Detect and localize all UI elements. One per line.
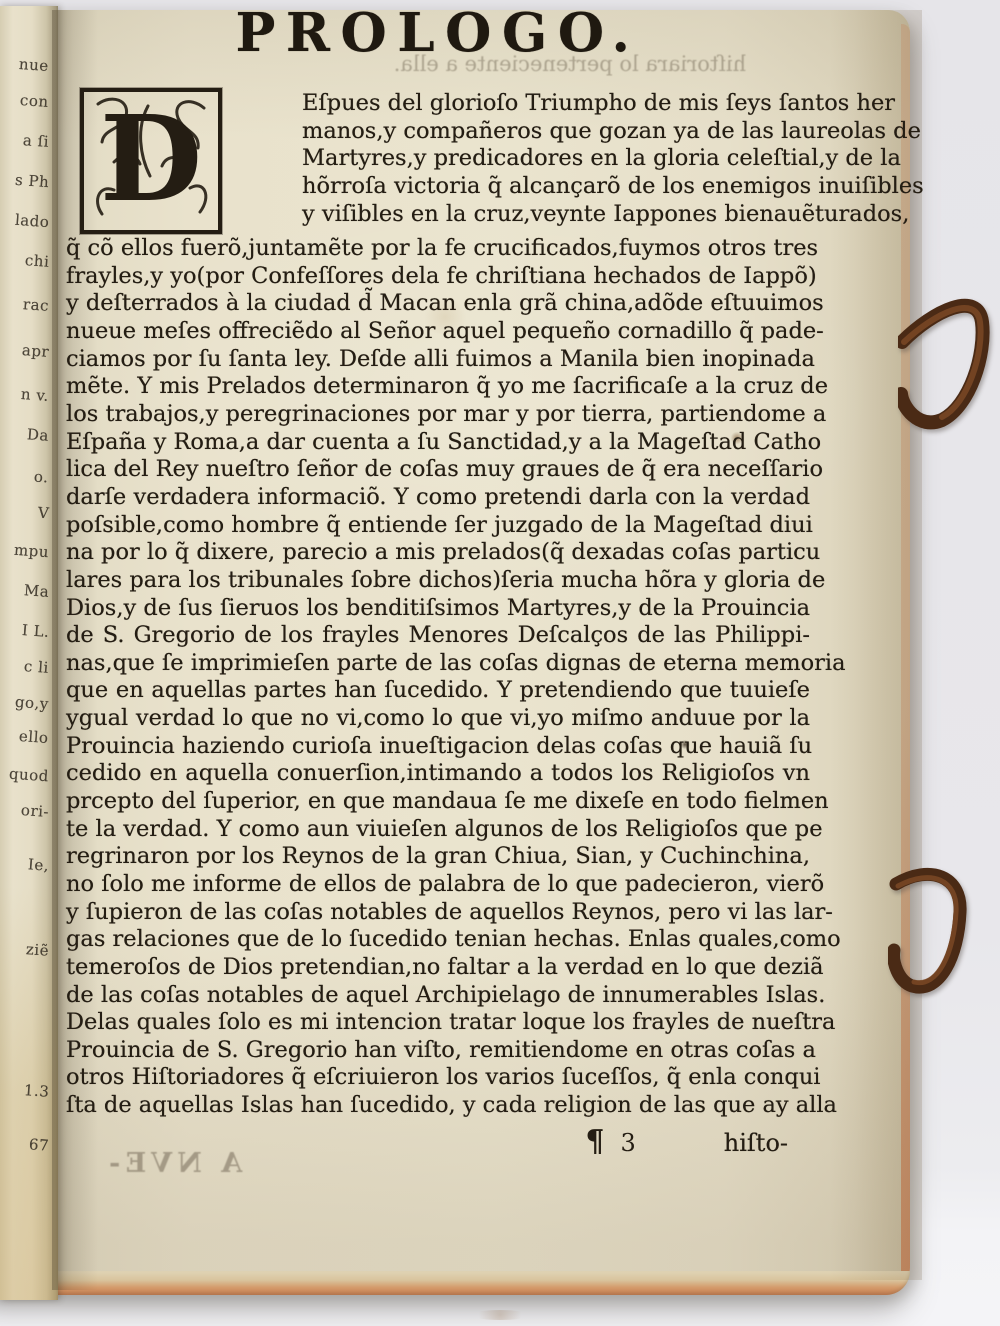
adjacent-page-text-fragment: 67	[28, 1135, 49, 1154]
adjacent-page-text-fragment: ello	[19, 727, 50, 747]
leather-tie-upper	[898, 284, 996, 442]
text-line: gas relaciones que de lo ſucedido tenian…	[66, 926, 810, 954]
text-line: te la verdad. Y como aun viuieſen alguno…	[66, 816, 810, 844]
adjacent-page-text-fragment: Ie,	[27, 855, 49, 874]
text-block: PROLOGO. D Eſpues del glorioſo Triumpho …	[66, 90, 810, 1158]
text-line: Eſpaña y Roma,a dar cuenta a ſu Sanctida…	[66, 429, 810, 457]
dropcap-letter: D	[84, 86, 218, 224]
quire-signature: ¶3	[585, 1124, 637, 1159]
adjacent-page-text-fragment: Ma	[23, 581, 50, 601]
text-line: los trabajos,y peregrinaciones por mar y…	[66, 401, 810, 429]
text-line: cedido en aquella conuerſion,intimando a…	[66, 760, 810, 788]
catchword: hiſto-	[724, 1129, 788, 1157]
page-title: PROLOGO.	[66, 2, 810, 64]
signature-number: 3	[621, 1129, 638, 1157]
paragraph-lines: q̃ cõ ellos fuerõ,juntamẽte por la fe cr…	[66, 235, 810, 1120]
adjacent-page-text-fragment: rac	[22, 295, 49, 315]
text-line: prcepto del ſuperior, en que mandaua ſe …	[66, 788, 810, 816]
adjacent-page-text-fragment: n v.	[20, 385, 49, 405]
text-line: Prouincia de S. Gregorio han viſto, remi…	[66, 1037, 810, 1065]
adjacent-page-text-fragment: I L.	[21, 621, 50, 641]
text-line: ſta de aquellas Islas han ſucedido, y ca…	[66, 1092, 810, 1120]
text-line: ciamos por ſu ſanta ley. Deſde alli fuim…	[66, 346, 810, 374]
adjacent-page-text-fragment: c li	[24, 657, 50, 677]
text-line: Delas quales ſolo es mi intencion tratar…	[66, 1009, 810, 1037]
adjacent-page-text-fragment: Da	[26, 425, 49, 444]
adjacent-page-text-fragment: ziẽ	[25, 940, 49, 960]
text-line: Dios,y de ſus ſieruos los benditiſsimos …	[66, 595, 810, 623]
text-line: Prouincia haziendo curioſa inueſtigacion…	[66, 733, 810, 761]
signature-line: ¶3 hiſto-	[66, 1124, 810, 1158]
adjacent-page-text-fragment: V	[37, 504, 50, 523]
text-line: y ſupieron de las coſas notables de aque…	[66, 899, 810, 927]
text-line: que en aquellas partes han ſucedido. Y p…	[66, 677, 810, 705]
text-line: ygual verdad lo que no vi,como lo que vi…	[66, 705, 810, 733]
adjacent-page-text-fragment: ori-	[20, 801, 49, 821]
text-line: na por lo q̃ dixere, parecio a mis prela…	[66, 539, 810, 567]
text-line: lares para los tribunales ſobre dichos)ſ…	[66, 567, 810, 595]
adjacent-page-text-fragment: o.	[34, 468, 50, 487]
adjacent-page-text-fragment: quod	[9, 765, 50, 786]
text-line: Eſpues del glorioſo Triumpho de mis ſeys…	[302, 90, 810, 118]
text-line: y deſterrados à la ciudad d̃ Macan enla …	[66, 290, 810, 318]
adjacent-page-text-fragment: lado	[14, 211, 50, 231]
text-line: de las coſas notables de aquel Archipiel…	[66, 982, 810, 1010]
adjacent-page-edge: nuecona ſis Phladochiracaprn v.Dao.VmpuM…	[0, 6, 58, 1300]
adjacent-page-text-fragment: con	[20, 91, 50, 111]
leather-tie-lower	[888, 862, 980, 1010]
text-line: no ſolo me informe de ellos de palabra d…	[66, 871, 810, 899]
text-line: nueue meſes offreciẽdo al Señor aquel pe…	[66, 318, 810, 346]
adjacent-page-text-fragment: a ſi	[22, 131, 49, 151]
adjacent-page-text-fragment: mpu	[13, 541, 49, 561]
photograph-of-book-page: nuecona ſis Phladochiracaprn v.Dao.VmpuM…	[0, 0, 1000, 1326]
adjacent-page-text-fragment: chi	[24, 251, 50, 271]
adjacent-page-text-fragment: 1.3	[23, 1081, 50, 1101]
text-line: poſsible,como hombre q̃ entiende ſer juz…	[66, 512, 810, 540]
text-line: y viſibles en la cruz,veynte Iappones bi…	[302, 201, 810, 229]
text-line: Martyres,y predicadores en la gloria cel…	[302, 145, 810, 173]
dropcap-adjacent-lines: Eſpues del glorioſo Triumpho de mis ſeys…	[302, 90, 810, 228]
text-line: regrinaron por los Reynos de la gran Chi…	[66, 843, 810, 871]
text-line: hõrroſa victoria q̃ alcançarõ de los ene…	[302, 173, 810, 201]
pilcrow-mark: ¶	[585, 1124, 606, 1159]
paper-stain	[470, 1310, 530, 1320]
text-line: temeroſos de Dios pretendian,no faltar a…	[66, 954, 810, 982]
text-line: de S. Gregorio de los frayles Menores De…	[66, 622, 810, 650]
adjacent-page-text-fragment: go,y	[15, 693, 50, 713]
text-line: nas,que ſe imprimieſen parte de las coſa…	[66, 650, 810, 678]
text-line: frayles,y yo(por Confeſſores dela fe chr…	[66, 263, 810, 291]
text-line: darſe verdadera informaciõ. Y como prete…	[66, 484, 810, 512]
adjacent-page-text-fragment: nue	[19, 55, 50, 75]
text-line: otros Hiſtoriadores q̃ eſcriuieron los v…	[66, 1064, 810, 1092]
woodcut-initial-D: D	[80, 88, 222, 234]
text-line: q̃ cõ ellos fuerõ,juntamẽte por la fe cr…	[66, 235, 810, 263]
text-line: mẽte. Y mis Prelados determinaron q̃ yo …	[66, 373, 810, 401]
adjacent-page-text-fragment: apr	[21, 341, 49, 361]
adjacent-page-text-fragment: s Ph	[14, 171, 49, 191]
text-line: lica del Rey nueſtro ſeñor de coſas muy …	[66, 456, 810, 484]
text-line: manos,y compañeros que gozan ya de las l…	[302, 118, 810, 146]
